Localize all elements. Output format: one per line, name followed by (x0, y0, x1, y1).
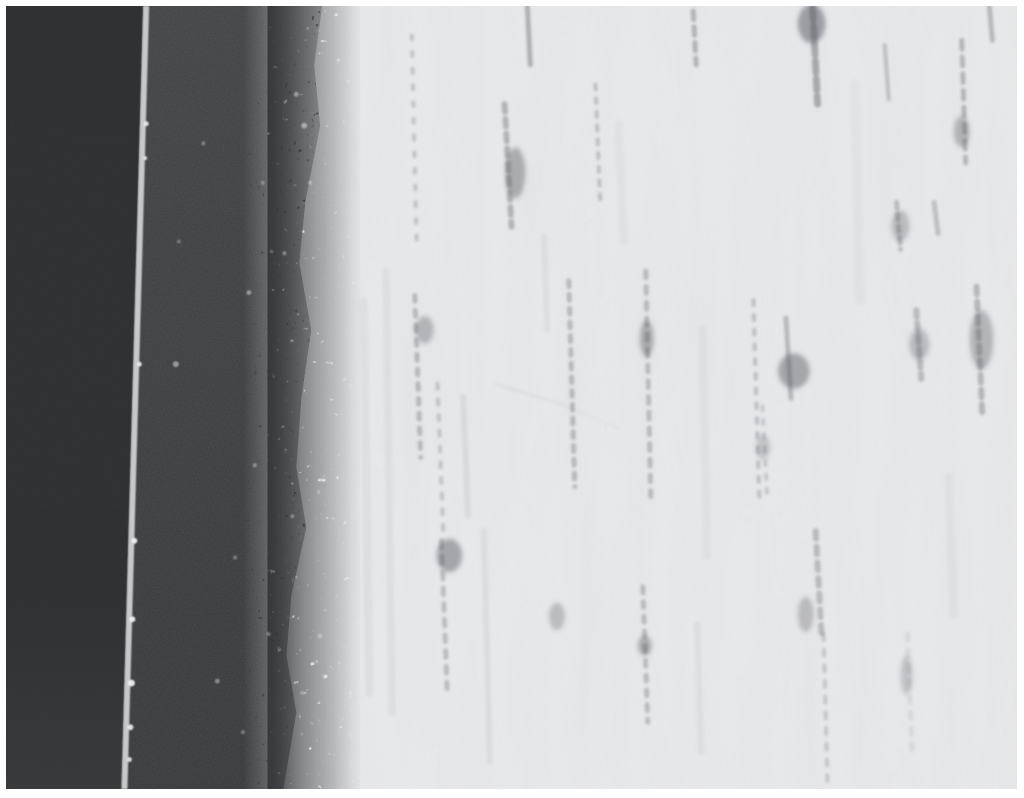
micrograph-photo (6, 6, 1017, 789)
photo-frame (0, 0, 1024, 798)
bright-speck (129, 616, 135, 622)
bright-speck (301, 123, 307, 129)
bright-speck (127, 757, 132, 762)
inclusion-cluster (436, 539, 462, 572)
inclusion-cluster (640, 321, 654, 356)
bright-speck (290, 514, 294, 518)
inclusion-streak (697, 624, 701, 752)
inclusion-cluster (756, 436, 770, 460)
bright-speck (127, 724, 133, 730)
bright-speck (267, 632, 271, 636)
bright-speck (128, 680, 135, 687)
bright-speck (137, 362, 142, 367)
bright-speck (261, 181, 265, 185)
inclusion-streak (527, 6, 530, 65)
inclusion-streak (949, 477, 954, 614)
inclusion-cluster (549, 603, 565, 630)
bright-speck (294, 92, 299, 97)
bright-speck (215, 679, 220, 684)
inclusion-cluster (638, 636, 652, 656)
bright-speck (241, 730, 245, 734)
inclusion-cluster (970, 310, 994, 369)
bright-speck (131, 538, 137, 544)
bright-speck (144, 121, 149, 126)
inclusion-cluster (778, 353, 810, 388)
inclusion-cluster (900, 656, 912, 695)
inclusion-streak (855, 84, 860, 300)
inclusion-cluster (416, 316, 434, 343)
inclusion-streak (702, 330, 707, 556)
bright-speck (143, 156, 147, 160)
micrograph-image (6, 6, 1017, 789)
inclusion-streak (544, 237, 547, 330)
inclusion-cluster (892, 210, 910, 241)
bright-speck (177, 240, 181, 244)
bright-speck (253, 463, 257, 467)
bright-speck (282, 251, 286, 255)
coating-edge-fringe (268, 6, 362, 789)
inclusion-cluster (506, 147, 526, 198)
inclusion-streak (989, 6, 992, 40)
inclusion-cluster (954, 116, 970, 147)
inclusion-cluster (909, 329, 929, 360)
bright-speck (201, 141, 205, 145)
bright-speck (246, 290, 251, 295)
bright-speck (308, 181, 312, 185)
inclusion-cluster (798, 597, 814, 632)
bright-speck (317, 633, 322, 638)
bright-speck (233, 555, 237, 559)
bright-speck (173, 361, 179, 367)
bright-speck (300, 691, 304, 695)
